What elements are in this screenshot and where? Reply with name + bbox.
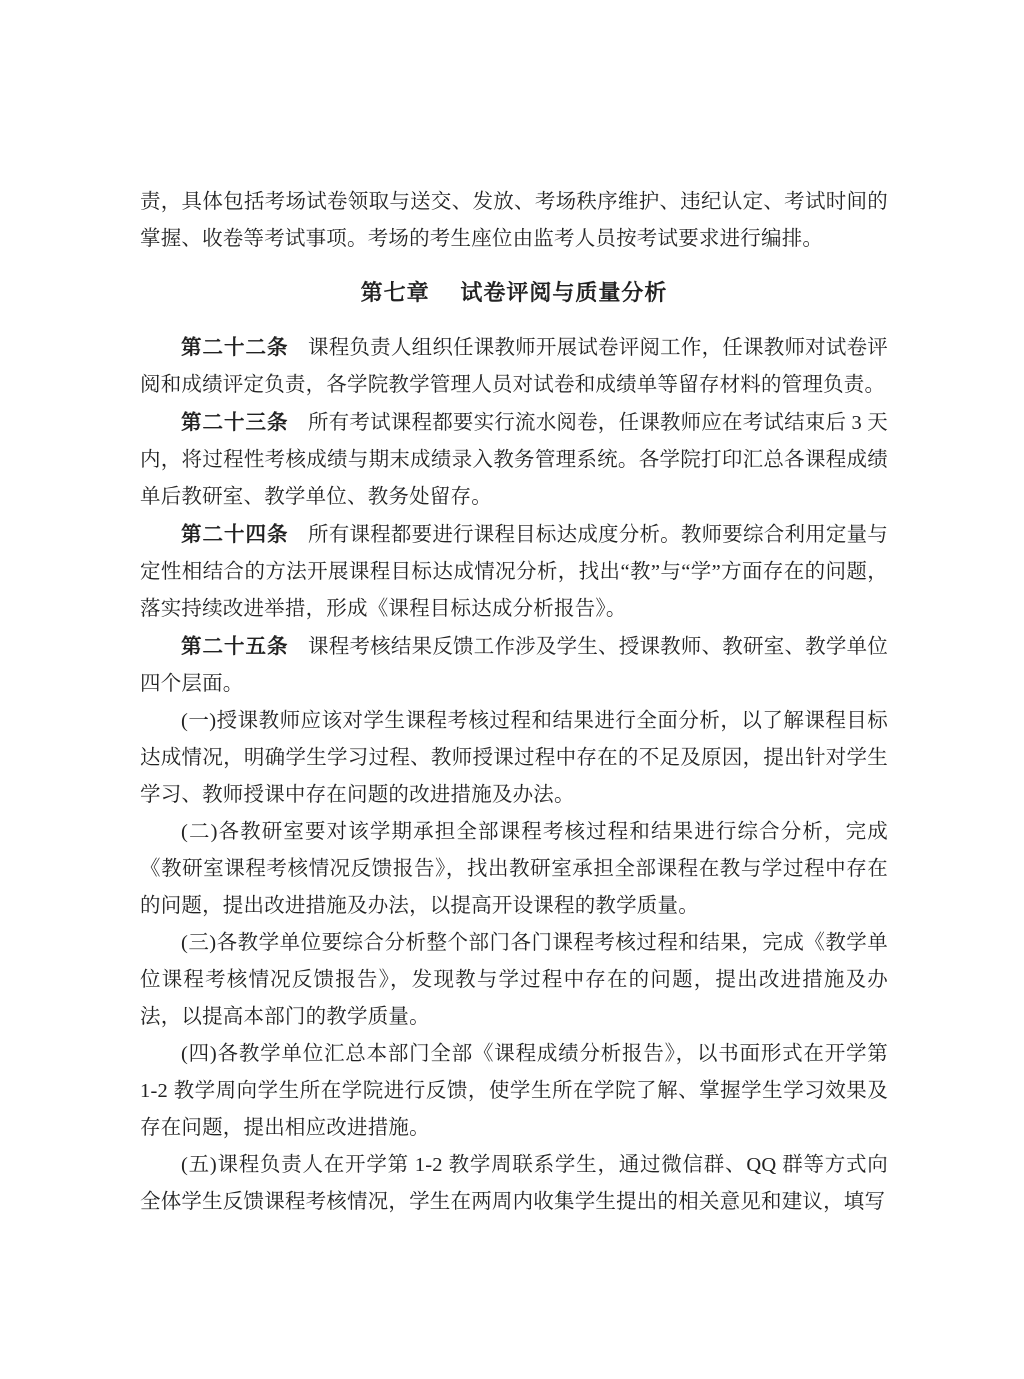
article-number: 第二十三条 <box>181 411 289 434</box>
continuation-paragraph: 责，具体包括考场试卷领取与送交、发放、考场秩序维护、违纪认定、考试时间的掌握、收… <box>140 184 888 258</box>
list-item-paragraph: (五)课程负责人在开学第 1-2 教学周联系学生，通过微信群、QQ 群等方式向全… <box>140 1147 888 1221</box>
article-number: 第二十五条 <box>181 635 289 658</box>
list-item-paragraph: (三)各教学单位要综合分析整个部门各门课程考核过程和结果，完成《教学单位课程考核… <box>140 925 888 1036</box>
list-item-paragraph: (四)各教学单位汇总本部门全部《课程成绩分析报告》，以书面形式在开学第 1-2 … <box>140 1036 888 1147</box>
article-paragraph: 第二十四条所有课程都要进行课程目标达成度分析。教师要综合利用定量与定性相结合的方… <box>140 516 888 628</box>
chapter-number: 第七章 <box>361 280 430 305</box>
document-text-block: 责，具体包括考场试卷领取与送交、发放、考场秩序维护、违纪认定、考试时间的掌握、收… <box>140 184 888 1221</box>
list-item-paragraph: (一)授课教师应该对学生课程考核过程和结果进行全面分析，以了解课程目标达成情况，… <box>140 703 888 814</box>
article-paragraph: 第二十二条课程负责人组织任课教师开展试卷评阅工作，任课教师对试卷评阅和成绩评定负… <box>140 329 888 404</box>
list-item-paragraph: (二)各教研室要对该学期承担全部课程考核过程和结果进行综合分析，完成《教研室课程… <box>140 814 888 925</box>
chapter-title: 试卷评阅与质量分析 <box>460 280 667 305</box>
article-number: 第二十二条 <box>181 336 289 359</box>
article-number: 第二十四条 <box>181 523 289 546</box>
document-page: 责，具体包括考场试卷领取与送交、发放、考场秩序维护、违纪认定、考试时间的掌握、收… <box>0 0 1024 1379</box>
chapter-heading: 第七章试卷评阅与质量分析 <box>140 274 888 311</box>
article-paragraph: 第二十三条所有考试课程都要实行流水阅卷，任课教师应在考试结束后 3 天内，将过程… <box>140 404 888 516</box>
article-paragraph: 第二十五条课程考核结果反馈工作涉及学生、授课教师、教研室、教学单位四个层面。 <box>140 628 888 703</box>
